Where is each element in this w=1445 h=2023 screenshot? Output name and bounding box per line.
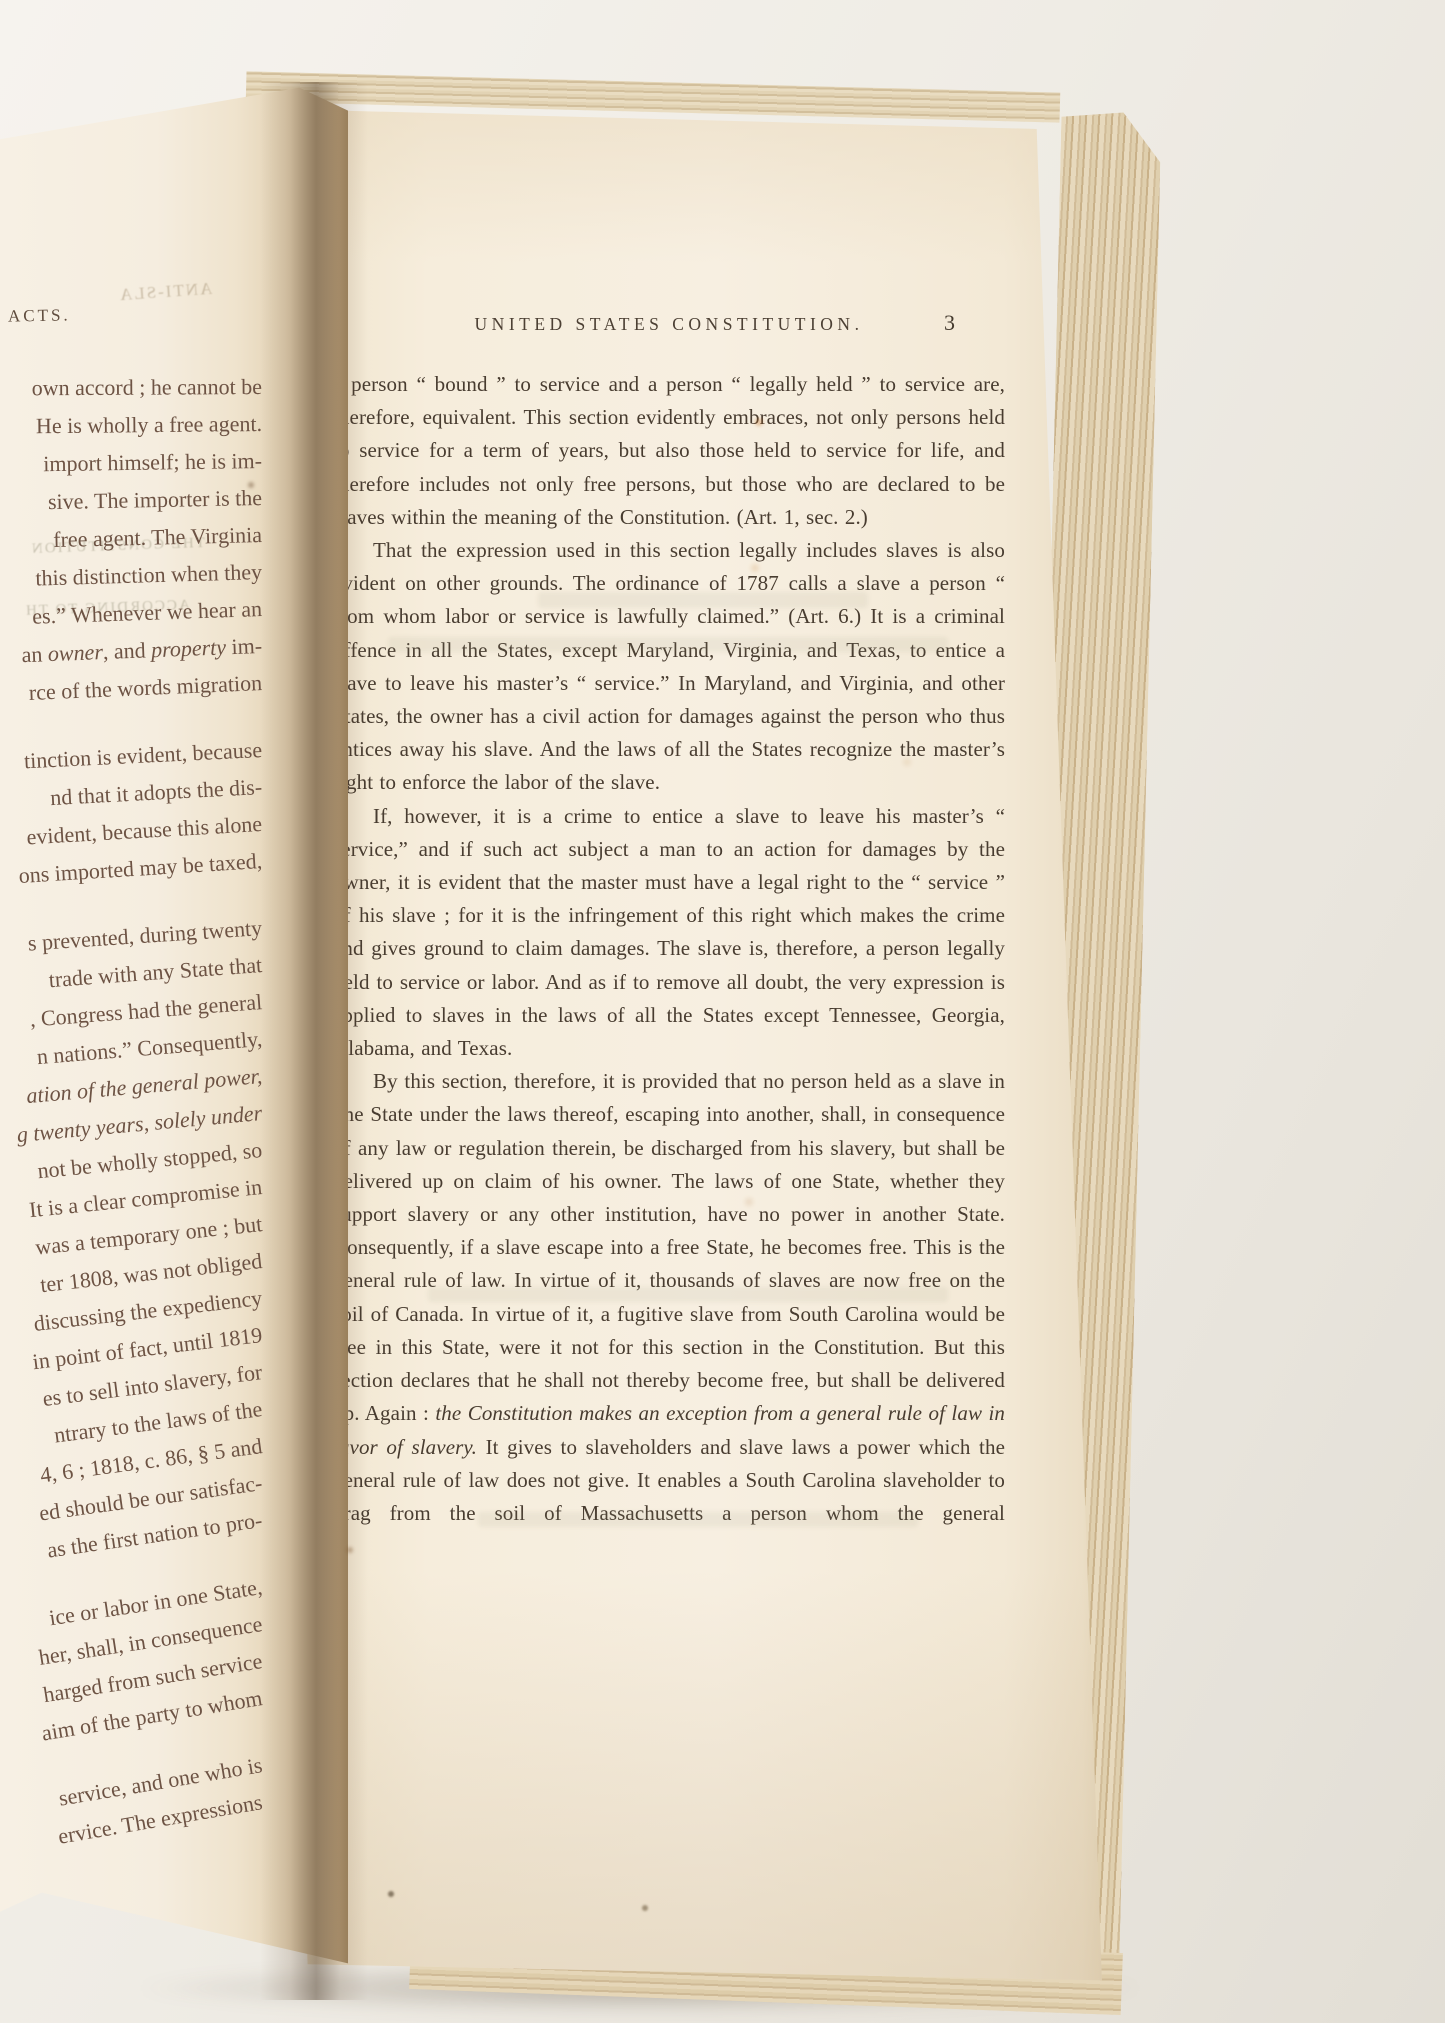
right-page: UNITED STATES CONSTITUTION. 3 a person “…: [238, 92, 1108, 1988]
foxing-spots: [0, 0, 4, 4]
show-through-text: ANTI-SLA: [117, 279, 213, 306]
text-run: property: [151, 634, 227, 662]
paragraph: If, however, it is a crime to entice a s…: [333, 800, 1005, 1066]
left-page: ANTI-SLA ACTS. THE CONSTITUTION ACCORDIN…: [0, 80, 348, 1992]
text-run: sive. The importer is the: [48, 485, 263, 514]
page-number: 3: [944, 310, 955, 336]
text-run: own accord ; he cannot be: [32, 374, 262, 400]
text-run: es.” Whenever we hear an: [32, 596, 263, 629]
left-running-header-fragment: ACTS.: [8, 305, 71, 326]
text-run: a person “ bound ” to service and a pers…: [333, 372, 1005, 529]
text-run: He is wholly a free agent.: [36, 411, 262, 438]
paragraph: That the expression used in this section…: [333, 534, 1005, 800]
paragraph: a person “ bound ” to service and a pers…: [333, 368, 1005, 534]
left-page-line: own accord ; he cannot be: [0, 368, 262, 407]
book-photo: UNITED STATES CONSTITUTION. 3 a person “…: [0, 0, 1445, 2023]
text-run: rce of the words migration: [28, 670, 262, 705]
body-paragraphs: a person “ bound ” to service and a pers…: [333, 368, 1005, 1530]
text-run: tinction is evident, because: [23, 737, 262, 773]
left-page-line: import himself; he is im-: [0, 442, 262, 484]
left-page-lines: own accord ; he cannot beHe is wholly a …: [0, 368, 262, 1820]
paragraph: By this section, therefore, it is provid…: [333, 1065, 1005, 1530]
text-run: nd that it adopts the dis-: [50, 774, 263, 810]
text-run: free agent. The Virginia: [53, 522, 262, 552]
text-run: If, however, it is a crime to entice a s…: [333, 804, 1005, 1060]
text-run: By this section, therefore, it is provid…: [333, 1069, 1005, 1425]
text-run: owner: [47, 639, 103, 666]
text-run: That the expression used in this section…: [333, 538, 1005, 794]
text-run: import himself; he is im-: [43, 448, 262, 476]
running-header-title: UNITED STATES CONSTITUTION.: [475, 314, 864, 334]
text-run: ons imported may be taxed,: [18, 848, 263, 888]
text-run: this distinction when they: [35, 559, 262, 591]
text-run: im-: [225, 633, 262, 659]
left-page-line: He is wholly a free agent.: [0, 405, 262, 446]
text-run: , and: [102, 637, 151, 664]
running-header: UNITED STATES CONSTITUTION. 3: [333, 314, 1005, 335]
text-run: an: [21, 641, 48, 667]
